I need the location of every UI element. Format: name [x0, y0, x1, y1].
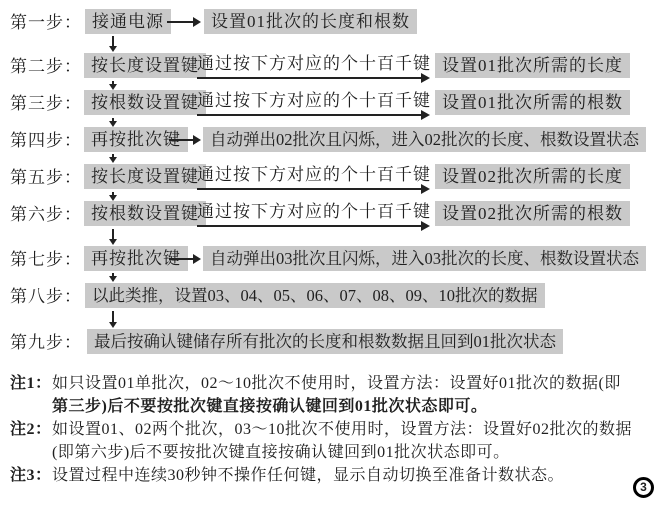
down-arrow-icon [108, 81, 118, 90]
step-9-label: 第九步： [10, 332, 82, 353]
step-3-box-action: 按根数设置键 [84, 90, 206, 115]
note-2-line-1: 如设置01、02两个批次，03～10批次不使用时，设置方法：设置好02批次的数据 [52, 420, 632, 440]
note-2-line-2: (即第六步)后不要按批次键直接按确认键回到01批次状态即可。 [52, 443, 510, 463]
down-arrow-icon [108, 229, 118, 245]
down-arrow-icon [108, 192, 118, 201]
step-3-mid-text: 通过按下方对应的个十百千键 [197, 90, 430, 111]
step-5-mid-text: 通过按下方对应的个十百千键 [197, 164, 430, 185]
step-3-box-result: 设置01批次所需的根数 [435, 90, 630, 115]
note-1-line-1: 如只设置01单批次，02～10批次不使用时，设置方法：设置好01批次的数据(即 [52, 374, 621, 394]
note-3-line-1: 设置过程中连续30秒钟不操作任何键，显示自动切换至准备计数状态。 [52, 466, 564, 486]
step-7-box-result: 自动弹出03批次且闪烁，进入03批次的长度、根数设置状态 [203, 246, 646, 271]
step-2-mid-text: 通过按下方对应的个十百千键 [197, 53, 430, 74]
step-4-label: 第四步： [10, 130, 82, 151]
step-6-mid-text: 通过按下方对应的个十百千键 [197, 201, 430, 222]
note-1-line-2: 第三步)后不要按批次键直接按确认键回到01批次状态即可。 [52, 397, 487, 417]
step-3-label: 第三步： [10, 93, 82, 114]
step-5-box-action: 按长度设置键 [84, 164, 206, 189]
long-right-arrow-icon: 通过按下方对应的个十百千键 [197, 164, 430, 193]
long-right-arrow-icon: 通过按下方对应的个十百千键 [197, 90, 430, 119]
note-1-label: 注1： [10, 374, 52, 394]
step-1-label: 第一步： [10, 12, 82, 33]
down-arrow-icon [108, 311, 118, 328]
step-2-box-action: 按长度设置键 [84, 53, 206, 78]
step-5-label: 第五步： [10, 167, 82, 188]
page-number-badge: 3 [633, 477, 654, 498]
step-2-box-result: 设置01批次所需的长度 [435, 53, 630, 78]
step-6-label: 第六步： [10, 204, 82, 225]
step-5-box-result: 设置02批次所需的长度 [435, 164, 630, 189]
long-right-arrow-icon: 通过按下方对应的个十百千键 [197, 53, 430, 82]
long-right-arrow-icon: 通过按下方对应的个十百千键 [197, 201, 430, 230]
step-2-label: 第二步： [10, 56, 82, 77]
step-7-label: 第七步： [10, 249, 82, 270]
down-arrow-icon [108, 273, 118, 282]
instruction-page: 第一步： 接通电源 设置01批次的长度和根数 第二步： 按长度设置键 通过按下方… [0, 0, 662, 507]
right-arrow-icon [169, 254, 201, 264]
right-arrow-icon [167, 17, 201, 27]
down-arrow-icon [108, 36, 118, 52]
down-arrow-icon [108, 154, 118, 163]
step-8-label: 第八步： [10, 286, 82, 307]
step-1-box-result: 设置01批次的长度和根数 [204, 9, 417, 34]
step-6-box-result: 设置02批次所需的根数 [435, 201, 630, 226]
step-4-box-result: 自动弹出02批次且闪烁，进入02批次的长度、根数设置状态 [203, 127, 646, 152]
note-3-label: 注3： [10, 466, 52, 486]
step-6-box-action: 按根数设置键 [84, 201, 206, 226]
step-9-box: 最后按确认键储存所有批次的长度和根数数据且回到01批次状态 [87, 329, 563, 354]
step-1-box-action: 接通电源 [85, 9, 171, 34]
step-8-box: 以此类推，设置03、04、05、06、07、08、09、10批次的数据 [85, 283, 545, 308]
right-arrow-icon [169, 135, 201, 145]
down-arrow-icon [108, 118, 118, 127]
note-2-label: 注2： [10, 420, 52, 440]
